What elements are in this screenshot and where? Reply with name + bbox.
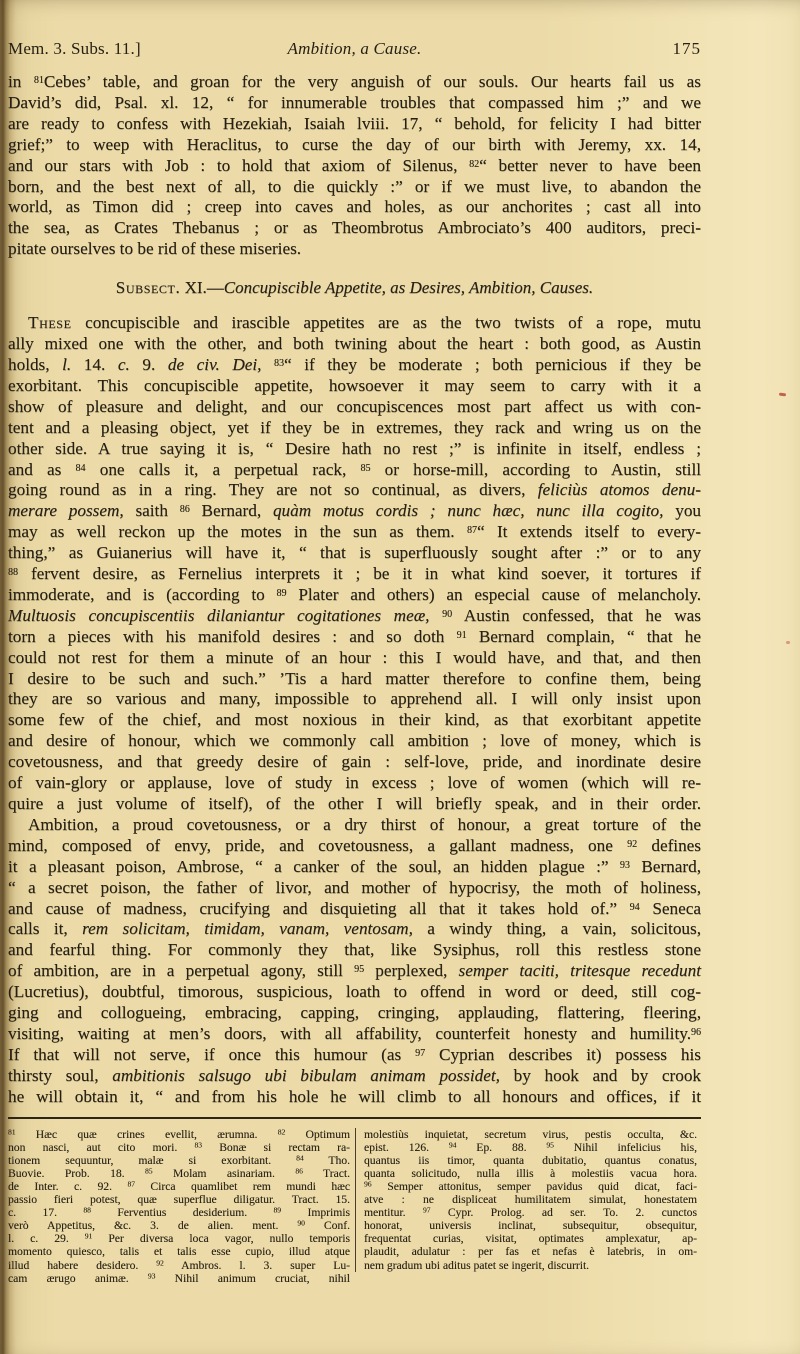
ink-speck (786, 641, 790, 644)
running-title: Ambition, a Cause. (8, 38, 701, 59)
text-line: momento quiesco, talis et talis esse cup… (8, 1245, 350, 1258)
text-line: torn a pieces with his manifold desires … (8, 627, 701, 648)
subsection-heading: Subsect. XI.—Concupiscible Appetite, as … (8, 277, 701, 298)
text-line: mind, composed of envy, pride, and covet… (8, 836, 701, 857)
text-line: illud habere desidero. 92 Ambros. l. 3. … (8, 1259, 350, 1272)
text-line: If that will not serve, if once this hum… (8, 1045, 701, 1066)
text-line: holds, l. 14. c. 9. de civ. Dei, 83“ if … (8, 355, 701, 376)
paragraph-concupiscible-appetite: These concupiscible and irascible appeti… (8, 313, 701, 815)
text-line: they are so various and many, impossible… (8, 689, 701, 710)
ink-speck (779, 393, 786, 397)
text-line: other side. A true saying it is, “ Desir… (8, 439, 701, 460)
text-line: non nasci, aut cito mori. 83 Bonæ si rec… (8, 1141, 350, 1154)
text-line: and desire of honour, which we commonly … (8, 731, 701, 752)
text-line: passio fieri potest, quæ superflue dilig… (8, 1193, 350, 1206)
text-line: 81 Hæc quæ crines evellit, ærumna. 82 Op… (8, 1128, 350, 1141)
text-line: (Lucretius), doubtful, timorous, suspici… (8, 982, 701, 1003)
paragraph-miseries: in 81Cebes’ table, and groan for the ver… (8, 72, 701, 260)
text-line: quire a just volume of itself), of the o… (8, 794, 701, 815)
text-line: and as 84 one calls it, a perpetual rack… (8, 460, 701, 481)
text-line: David’s did, Psal. xl. 12, “ for innumer… (8, 93, 701, 114)
text-line: These concupiscible and irascible appeti… (8, 313, 701, 334)
text-line: show of pleasure and delight, and our co… (8, 397, 701, 418)
text-line: world, as Timon did ; creep into caves a… (8, 197, 701, 218)
text-line: thirsty soul, ambitionis salsugo ubi bib… (8, 1066, 701, 1087)
text-line: may as well reckon up the motes in the s… (8, 522, 701, 543)
text-line: could not rest for them a minute of an h… (8, 648, 701, 669)
text-line: tionem sequuntur, malæ si exorbitant. 84… (8, 1154, 350, 1167)
text-line: verò Appetitus, &c. 3. de alien. ment. 9… (8, 1219, 350, 1232)
footnote-rule (8, 1117, 701, 1119)
text-line: immoderate, and is (according to 89 Plat… (8, 585, 701, 606)
text-line: c. 17. 88 Ferventius desiderium. 89 Impr… (8, 1206, 350, 1219)
text-line: 96 Semper attonitus, semper pavidus quid… (364, 1180, 697, 1193)
footnotes-right-column: molestiùs inquietat, secretum virus, pes… (355, 1128, 697, 1272)
text-line: 88 fervent desire, as Fernelius interpre… (8, 564, 701, 585)
book-page: Mem. 3. Subs. 11.] Ambition, a Cause. 17… (0, 0, 800, 1354)
text-line: plaudit, adulatur : per fas et nefas è l… (364, 1245, 697, 1258)
text-line: mentitur. 97 Cypr. Prolog. ad ser. To. 2… (364, 1206, 697, 1219)
footnotes: 81 Hæc quæ crines evellit, ærumna. 82 Op… (8, 1128, 701, 1285)
text-line: atve : ne displiceat humilitatem simulat… (364, 1193, 697, 1206)
text-line: tent and a pleasing object, yet if they … (8, 418, 701, 439)
footnotes-left-column: 81 Hæc quæ crines evellit, ærumna. 82 Op… (8, 1128, 350, 1285)
text-line: “ a secret poison, the father of livor, … (8, 878, 701, 899)
text-line: in 81Cebes’ table, and groan for the ver… (8, 72, 701, 93)
text-line: merare possem, saith 86 Bernard, quàm mo… (8, 501, 701, 522)
text-line: thing,” as Guianerius will have it, “ th… (8, 543, 701, 564)
text-line: I desire to be such and such.” ’Tis a ha… (8, 669, 701, 690)
text-line: ging and collogueing, embracing, capping… (8, 1003, 701, 1024)
text-line: and our stars with Job : to hold that ax… (8, 156, 701, 177)
text-line: Ambition, a proud covetousness, or a dry… (8, 815, 701, 836)
text-line: born, and the best next of all, to die q… (8, 177, 701, 198)
text-line: and fearful thing. For commonly they tha… (8, 940, 701, 961)
text-line: nem gradum ubi aditus patet se ingerit, … (364, 1259, 697, 1272)
text-line: ally mixed one with the other, and both … (8, 334, 701, 355)
text-line: of vain-glory or applause, love of study… (8, 773, 701, 794)
text-line: calls it, rem solicitam, timidam, vanam,… (8, 919, 701, 940)
text-line: cam ærugo animæ. 93 Nihil animum cruciat… (8, 1272, 350, 1285)
text-line: Buovie. Prob. 18. 85 Molam asinariam. 86… (8, 1167, 350, 1180)
text-line: going round as in a ring. They are not s… (8, 480, 701, 501)
text-line: pitate ourselves to be rid of these mise… (8, 239, 701, 260)
text-line: molestiùs inquietat, secretum virus, pes… (364, 1128, 697, 1141)
text-line: and cause of madness, crucifying and dis… (8, 899, 701, 920)
text-line: honorat, universis inclinat, subsequitur… (364, 1219, 697, 1232)
page-header: Mem. 3. Subs. 11.] Ambition, a Cause. 17… (8, 38, 701, 59)
text-line: epist. 126. 94 Ep. 88. 95 Nihil infelici… (364, 1141, 697, 1154)
text-line: of ambition, are in a perpetual agony, s… (8, 961, 701, 982)
text-line: frequentat curias, visitat, optimates am… (364, 1232, 697, 1245)
text-line: it a pleasant poison, Ambrose, “ a canke… (8, 857, 701, 878)
text-line: exorbitant. This concupiscible appetite,… (8, 376, 701, 397)
text-line: grief;” to weep with Heraclitus, to curs… (8, 135, 701, 156)
text-line: Multuosis concupiscentiis dilaniantur co… (8, 606, 701, 627)
text-line: quantus iis timor, quanta dubitatio, qua… (364, 1154, 697, 1167)
text-line: he will obtain it, “ and from his hole h… (8, 1087, 701, 1108)
text-line: visiting, waiting at men’s doors, with a… (8, 1024, 701, 1045)
text-line: some few of the chief, and most noxious … (8, 710, 701, 731)
paragraph-ambition: Ambition, a proud covetousness, or a dry… (8, 815, 701, 1108)
text-line: the sea, as Crates Thebanus ; or as Theo… (8, 218, 701, 239)
text-line: quanta solicitudo, nulla illis à molesti… (364, 1167, 697, 1180)
text-block: Mem. 3. Subs. 11.] Ambition, a Cause. 17… (8, 38, 701, 1285)
text-line: are ready to confess with Hezekiah, Isai… (8, 114, 701, 135)
text-line: de Inter. c. 92. 87 Circa quamlibet rem … (8, 1180, 350, 1193)
text-line: covetousness, and that greedy desire of … (8, 752, 701, 773)
text-line: l. c. 29. 91 Per diversa loca vagor, nul… (8, 1232, 350, 1245)
